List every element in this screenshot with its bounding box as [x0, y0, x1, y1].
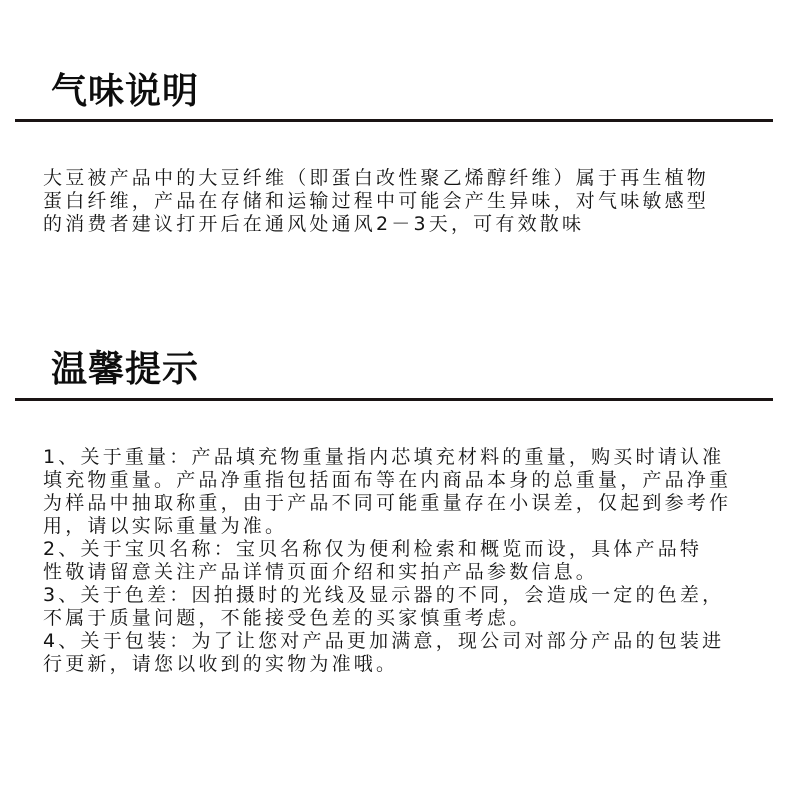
tips-section-body: 1、关于重量：产品填充物重量指内芯填充材料的重量，购买时请认准 填充物重量。产品…	[43, 446, 763, 676]
tips-line: 3、关于色差：因拍摄时的光线及显示器的不同，会造成一定的色差，	[43, 584, 763, 607]
tips-line: 行更新，请您以收到的实物为准哦。	[43, 653, 763, 676]
tips-line: 性敬请留意关注产品详情页面介绍和实拍产品参数信息。	[43, 561, 763, 584]
odor-section-divider	[15, 119, 773, 122]
tips-line: 为样品中抽取称重，由于产品不同可能重量存在小误差，仅起到参考作	[43, 492, 763, 515]
tips-section-title: 温馨提示	[51, 350, 199, 390]
tips-line: 1、关于重量：产品填充物重量指内芯填充材料的重量，购买时请认准	[43, 446, 763, 469]
odor-line: 蛋白纤维，产品在存储和运输过程中可能会产生异味，对气味敏感型	[43, 190, 763, 213]
odor-line: 大豆被产品中的大豆纤维（即蛋白改性聚乙烯醇纤维）属于再生植物	[43, 167, 763, 190]
odor-section-body: 大豆被产品中的大豆纤维（即蛋白改性聚乙烯醇纤维）属于再生植物 蛋白纤维，产品在存…	[43, 167, 763, 236]
tips-line: 不属于质量问题，不能接受色差的买家慎重考虑。	[43, 607, 763, 630]
tips-section-divider	[15, 398, 773, 401]
tips-line: 2、关于宝贝名称：宝贝名称仅为便利检索和概览而设，具体产品特	[43, 538, 763, 561]
tips-line: 填充物重量。产品净重指包括面布等在内商品本身的总重量，产品净重	[43, 469, 763, 492]
odor-line: 的消费者建议打开后在通风处通风2－3天，可有效散味	[43, 213, 763, 236]
tips-line: 4、关于包装：为了让您对产品更加满意，现公司对部分产品的包装进	[43, 630, 763, 653]
tips-line: 用，请以实际重量为准。	[43, 515, 763, 538]
odor-section-title: 气味说明	[51, 72, 199, 112]
